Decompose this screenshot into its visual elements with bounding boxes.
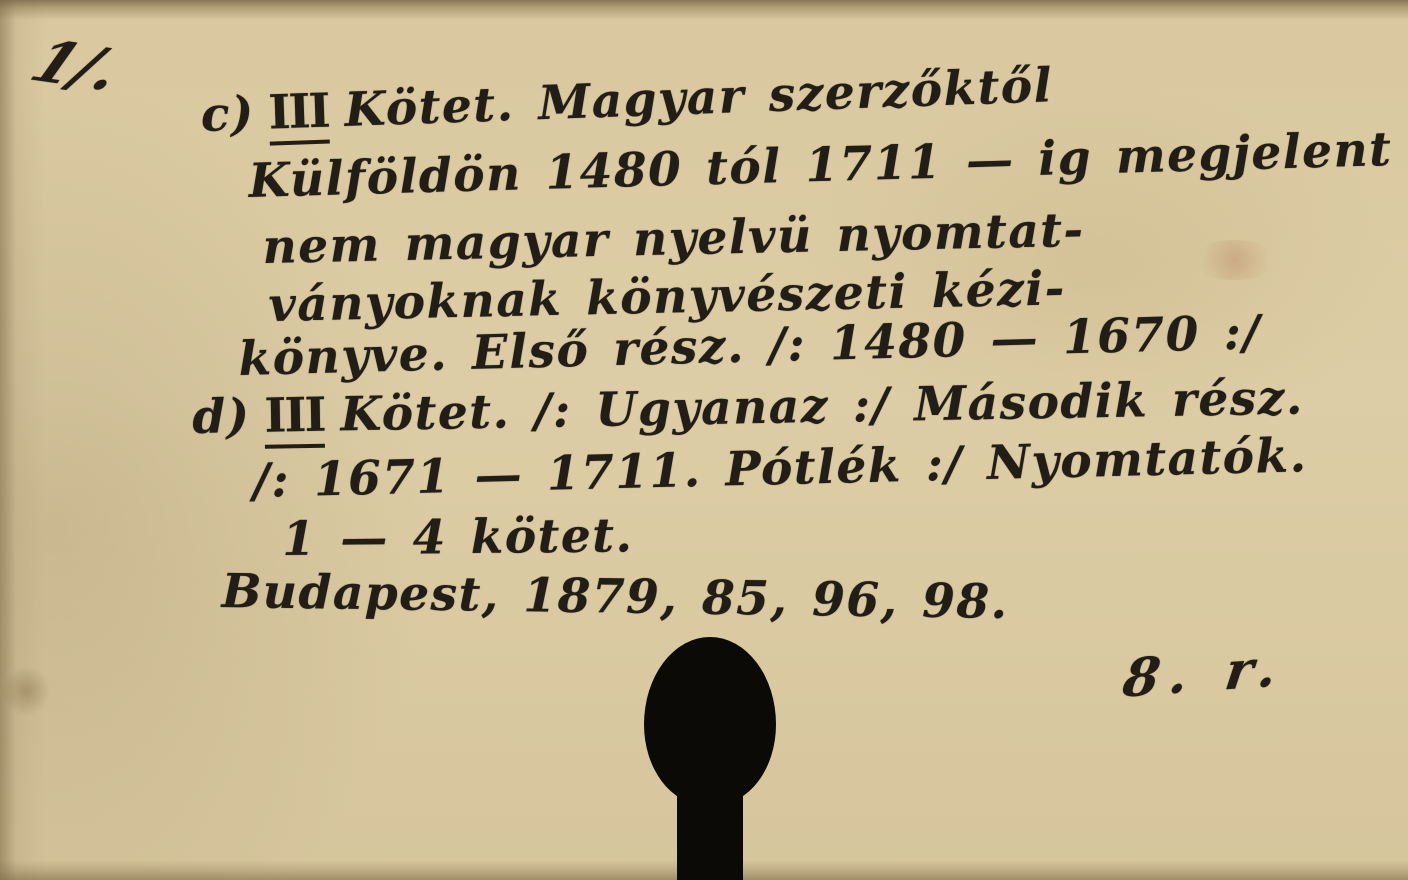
punch-hole-oval bbox=[644, 637, 776, 805]
scan-edge-top bbox=[0, 0, 1408, 20]
entry-d-label: d) bbox=[192, 389, 251, 445]
paper-stain bbox=[1190, 240, 1280, 280]
catalog-card-scan: 1/. c)IIIKötet. Magyar szerzőktől Külföl… bbox=[0, 0, 1408, 880]
scan-edge-bottom bbox=[0, 860, 1408, 880]
entry-d-volume-numeral: III bbox=[264, 388, 325, 449]
entry-c-label: c) bbox=[200, 86, 256, 143]
paper-stain bbox=[2, 665, 50, 717]
entry-c-volume-numeral: III bbox=[268, 84, 330, 146]
entry-c-line-3: nem magyar nyelvü nyomtat- bbox=[262, 207, 1085, 271]
imprint-line: Budapest, 1879, 85, 96, 98. bbox=[221, 568, 1009, 626]
punch-hole-stem bbox=[677, 770, 743, 880]
entry-d-line-3: 1 — 4 kötet. bbox=[282, 512, 634, 563]
entry-c-line-1: c)IIIKötet. Magyar szerzőktől bbox=[200, 62, 1054, 139]
entry-d-line-1: d)IIIKötet. /: Ugyanaz :/ Második rész. bbox=[192, 375, 1304, 441]
scan-edge-left bbox=[0, 0, 16, 880]
accession-mark: 1/. bbox=[21, 28, 133, 104]
format-note: 8. r. bbox=[1119, 637, 1290, 710]
entry-c-line-2: Külföldön 1480 tól 1711 — ig megjelent bbox=[248, 126, 1393, 205]
entry-c-line-1-text: Kötet. Magyar szerzőktől bbox=[344, 58, 1054, 138]
entry-d-line-2: /: 1671 — 1711. Pótlék :/ Nyomtatók. bbox=[252, 432, 1308, 505]
